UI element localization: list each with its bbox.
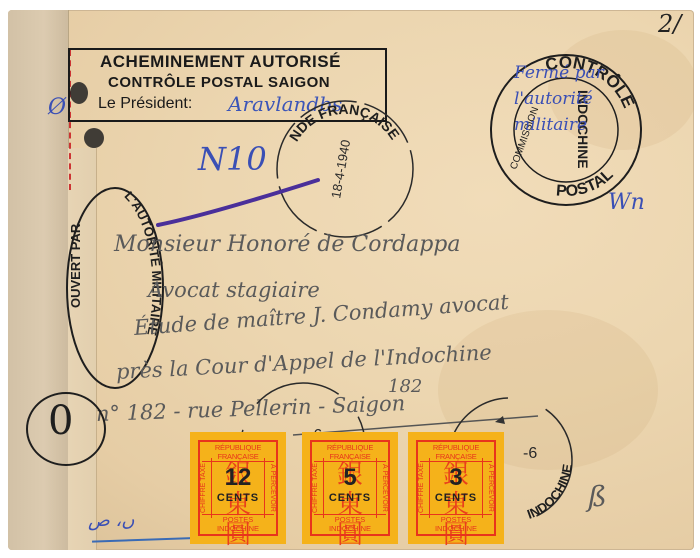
page-number-note: 2/	[658, 10, 681, 38]
stamp-value: 5	[304, 464, 396, 492]
cancel-top-date: 18-4-1940	[328, 139, 353, 200]
cachet-line-1: ACHEMINEMENT AUTORISÉ	[100, 52, 341, 72]
postage-due-stamp-5: RÉPUBLIQUE FRANÇAISE CHIFFRE TAXE À PERC…	[304, 434, 396, 542]
military-note: Fermé par l'autorité militaire	[514, 60, 644, 138]
bottom-left-note: ں، ص	[88, 510, 135, 531]
cachet-line-2: CONTRÔLE POSTAL SAIGON	[108, 74, 330, 91]
postage-due-stamp-3: RÉPUBLIQUE FRANÇAISE CHIFFRE TAXE À PERC…	[410, 434, 502, 542]
cachet-line-3: Le Président:	[98, 95, 192, 113]
stamp-unit: CENTS	[304, 492, 396, 504]
cancel-top-text: NDE FRANÇAISE	[286, 101, 403, 144]
envelope: Ø 2/ ACHEMINEMENT AUTORISÉ CONTRÔLE POST…	[8, 10, 694, 550]
circled-mark-number: 0	[48, 398, 73, 444]
margin-mark: Ø	[48, 95, 66, 120]
envelope-photo: Ø 2/ ACHEMINEMENT AUTORISÉ CONTRÔLE POST…	[0, 0, 700, 558]
pencil-initial: ß	[588, 480, 607, 513]
violet-pencil-stroke	[148, 160, 328, 240]
stamp-value: 3	[410, 464, 502, 492]
postage-due-stamp-12: RÉPUBLIQUE FRANÇAISE CHIFFRE TAXE À PERC…	[192, 434, 284, 542]
address-line-1: Monsieur Honoré de Cordappa	[114, 232, 461, 257]
ink-blot	[84, 128, 104, 148]
svg-text:INDOCHINE: INDOCHINE	[525, 463, 575, 520]
address-line-2: Avocat stagiaire	[148, 278, 320, 302]
svg-text:OUVERT PAR: OUVERT PAR	[68, 223, 83, 308]
stamp-value: 12	[192, 464, 284, 492]
stamp-unit: CENTS	[410, 492, 502, 504]
svg-text:-6: -6	[523, 445, 537, 462]
initials-note: Wn	[608, 190, 645, 215]
stamp-unit: CENTS	[192, 492, 284, 504]
